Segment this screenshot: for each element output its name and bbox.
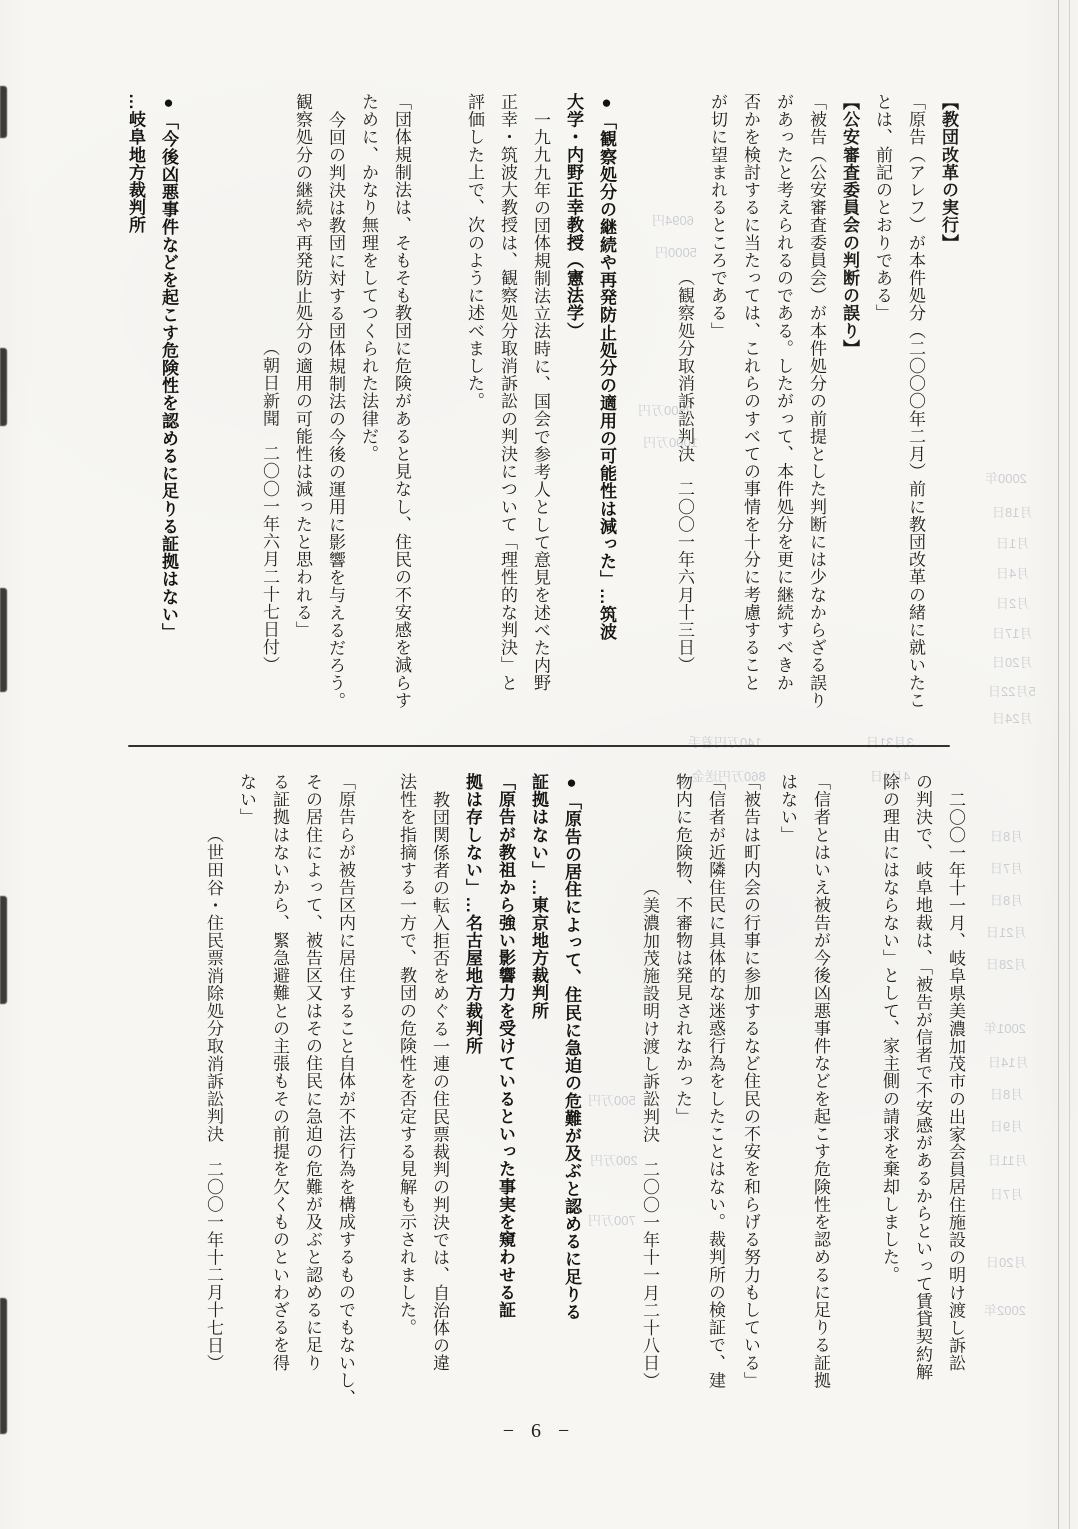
text-column: 除の理由にはならない」として、家主側の請求を棄却しました。 xyxy=(873,773,906,1407)
text-column: 「被告は町内会の行事に参加するなど住民の不安を和らげる努力もしている」 xyxy=(734,773,767,1407)
text-column: 「団体規制法は、そもそも教団に危険があると見なし、住民の不安感を減らす xyxy=(385,93,418,745)
paper-edge-line xyxy=(1069,0,1070,1529)
text-column: 二〇〇一年十一月、岐阜県美濃加茂市の出家会員居住施設の明け渡し訴訟 xyxy=(939,773,972,1407)
text-column: はない」 xyxy=(771,773,804,1407)
text-column: 物内に危険物、不審物は発見されなかった」 xyxy=(666,773,699,1407)
text-column: （観察処分取消訴訟判決 二〇〇一年六月十三日） xyxy=(668,93,701,745)
bleed-fragment: 月18日 xyxy=(992,502,1032,521)
bottom-section: 二〇〇一年十一月、岐阜県美濃加茂市の出家会員居住施設の明け渡し訴訟の判決で、岐阜… xyxy=(197,773,972,1407)
text-column: の判決で、岐阜地裁は、「被告が信者で不安感があるからといって賃貸契約解 xyxy=(906,773,939,1407)
bleed-fragment: 月1日 xyxy=(996,533,1029,552)
bleed-fragment: 月21日 xyxy=(986,922,1026,941)
text-column: とは、前記のとおりである」 xyxy=(866,93,899,745)
text-column: 観察処分の継続や再発防止処分の適用の可能性は減ったと思われる」 xyxy=(286,93,319,745)
text-column: （朝日新聞 二〇〇一年六月二十七日付） xyxy=(253,93,286,745)
scan-artifact-left xyxy=(0,1298,7,1434)
bleed-fragment: 月7日 xyxy=(990,858,1023,877)
text-column: その居住によって、被告区又はその住民に急迫の危難が及ぶと認めるに足り xyxy=(296,773,329,1407)
text-column: 「被告（公安審査委員会）が本件処分の前提とした判断には少なからざる誤り xyxy=(800,93,833,745)
scan-artifact-left xyxy=(0,588,7,692)
text-column: ●「今後凶悪事件などを起こす危険性を認めるに足りる証拠はない」 xyxy=(152,93,185,745)
text-column: ために、かなり無理をしてつくられた法律だ。 xyxy=(352,93,385,745)
bleed-fragment: 月28日 xyxy=(986,954,1026,973)
text-column: る証拠はないから、緊急避難との主張もその前提を欠くものといわざるを得 xyxy=(263,773,296,1407)
text-column: ●「観察処分の継続や再発防止処分の適用の可能性は減った」…筑波 xyxy=(590,93,623,745)
text-column: 「信者が近隣住民に具体的な迷惑行為をしたことはない。裁判所の検証で、建 xyxy=(699,773,732,1407)
scan-artifact-left xyxy=(0,896,7,1004)
bleed-fragment: 5月22日 xyxy=(988,681,1036,700)
text-column: 「原告らが被告区内に居住すること自体が不法行為を構成するものでもないし、 xyxy=(329,773,362,1407)
bleed-fragment: 月11日 xyxy=(988,1150,1028,1169)
text-column: が切に望まれるところである」 xyxy=(701,93,734,745)
bleed-fragment: 月20日 xyxy=(992,652,1032,671)
text-column: ない」 xyxy=(230,773,263,1407)
text-column: 一九九九年の団体規制法立法時に、国会で参考人として意見を述べた内野 xyxy=(524,93,557,745)
bleed-fragment: 月20日 xyxy=(986,1252,1026,1271)
paper-edge-line xyxy=(1058,0,1059,1529)
bleed-fragment: 月8日 xyxy=(990,890,1023,909)
bleed-fragment: 月4日 xyxy=(996,563,1029,582)
text-column: （美濃加茂施設明け渡し訴訟判決 二〇〇一年十一月二十八日） xyxy=(633,773,666,1407)
top-section: 【教団改革の実行】「原告（アレフ）が本件処分（二〇〇〇年二月）前に教団改革の緒に… xyxy=(119,93,965,745)
bleed-fragment: 月17日 xyxy=(992,623,1032,642)
scan-artifact-left xyxy=(0,86,7,138)
bleed-fragment: 2001年 xyxy=(984,1018,1026,1037)
text-column: 「原告が教祖から強い影響力を受けているといった事実を窺わせる証 xyxy=(489,773,522,1407)
text-column: 証拠はない」…東京地方裁判所 xyxy=(522,773,555,1407)
text-column: 法性を指摘する一方で、教団の危険性を否定する見解も示されました。 xyxy=(390,773,423,1407)
bleed-fragment: 2000年 xyxy=(985,468,1027,487)
text-column: 今回の判決は教団に対する団体規制法の今後の運用に影響を与えるだろう。 xyxy=(319,93,352,745)
bleed-fragment: 2002年 xyxy=(984,1300,1026,1319)
text-column: …岐阜地方裁判所 xyxy=(119,93,152,745)
text-column: 「信者とはいえ被告が今後凶悪事件などを起こす危険性を認めるに足りる証拠 xyxy=(804,773,837,1407)
page-number: − 6 − xyxy=(0,1420,1078,1443)
text-column: 拠は存しない」…名古屋地方裁判所 xyxy=(456,773,489,1407)
bleed-fragment: 月9日 xyxy=(990,1116,1023,1135)
text-column: 否かを検討するに当たっては、これらのすべての事情を十分に考慮すること xyxy=(734,93,767,745)
bleed-fragment: 月8日 xyxy=(990,1084,1023,1103)
text-column: 大学・内野正幸教授（憲法学） xyxy=(557,93,590,745)
text-column: ●「原告の居住によって、住民に急迫の危難が及ぶと認めるに足りる xyxy=(555,773,588,1407)
scan-artifact-left xyxy=(0,348,7,426)
section-divider xyxy=(128,745,950,747)
bleed-fragment: 月7日 xyxy=(990,1184,1023,1203)
text-column: 正幸・筑波大教授は、観察処分取消訴訟の判決について「理性的な判決」と xyxy=(491,93,524,745)
bleed-fragment: 月8日 xyxy=(990,826,1023,845)
scanned-document-page: 6094円5000円2500万円1000万円2000年月18日月1日月4日月2日… xyxy=(0,0,1078,1529)
text-column: があったと考えられるのである。したがって、本件処分を更に継続すべきか xyxy=(767,93,800,745)
text-column: 「原告（アレフ）が本件処分（二〇〇〇年二月）前に教団改革の緒に就いたこ xyxy=(899,93,932,745)
bleed-fragment: 月14日 xyxy=(988,1052,1028,1071)
bleed-fragment: 月24日 xyxy=(992,708,1032,727)
text-column: （世田谷・住民票消除処分取消訴訟判決 二〇〇一年十二月十七日） xyxy=(197,773,230,1407)
text-column: 【公安審査委員会の判断の誤り】 xyxy=(833,93,866,745)
bleed-fragment: 月2日 xyxy=(996,593,1029,612)
text-column: 評価した上で、次のように述べました。 xyxy=(458,93,491,745)
text-column: 教団関係者の転入拒否をめぐる一連の住民票裁判の判決では、自治体の違 xyxy=(423,773,456,1407)
text-column: 【教団改革の実行】 xyxy=(932,93,965,745)
